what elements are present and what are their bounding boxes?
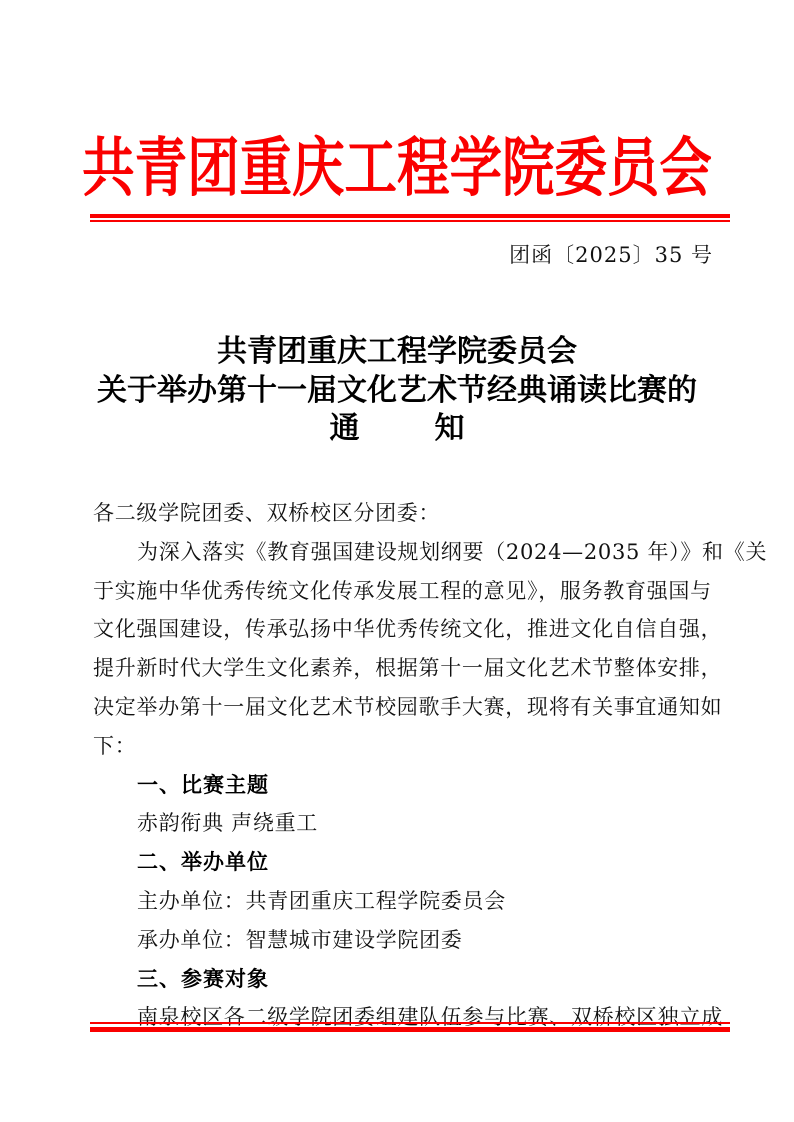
body-line: 于实施中华优秀传统文化传承发展工程的意见》，服务教育强国与 [93, 572, 705, 611]
notice-title-line-3: 通 知 [0, 410, 794, 449]
footer-red-separator [90, 1022, 730, 1032]
salutation: 各二级学院团委、双桥校区分团委： [93, 494, 705, 533]
section-heading-1: 一、比赛主题 [93, 766, 705, 805]
letterhead-org-name: 共青团重庆工程学院委员会 [71, 123, 722, 215]
section-heading-2: 二、举办单位 [93, 843, 705, 882]
document-page: 共青团重庆工程学院委员会 团函〔2025〕35 号 共青团重庆工程学院委员会 关… [0, 0, 794, 1122]
body-line: 决定举办第十一届文化艺术节校园歌手大赛，现将有关事宜通知如 [93, 688, 705, 727]
section-2-line: 主办单位：共青团重庆工程学院委员会 [93, 882, 705, 921]
body-line: 为深入落实《教育强国建设规划纲要（2024—2035 年）》和《关 [93, 533, 705, 572]
body-line: 下： [93, 727, 705, 766]
notice-word-1: 通 [330, 410, 360, 449]
body-line: 文化强国建设，传承弘扬中华优秀传统文化，推进文化自信自强， [93, 610, 705, 649]
section-1-line: 赤韵衔典 声绕重工 [93, 804, 705, 843]
notice-word-2: 知 [435, 410, 465, 449]
notice-title-line-1: 共青团重庆工程学院委员会 [0, 333, 794, 372]
document-body: 各二级学院团委、双桥校区分团委： 为深入落实《教育强国建设规划纲要（2024—2… [93, 494, 705, 1037]
section-2-line: 承办单位：智慧城市建设学院团委 [93, 921, 705, 960]
document-number: 团函〔2025〕35 号 [509, 239, 713, 269]
header-red-separator [90, 214, 730, 222]
notice-title-line-2: 关于举办第十一届文化艺术节经典诵读比赛的 [0, 372, 794, 411]
header-separator-thin-line [90, 220, 730, 222]
section-heading-3: 三、参赛对象 [93, 960, 705, 999]
body-line: 提升新时代大学生文化素养，根据第十一届文化艺术节整体安排， [93, 649, 705, 688]
notice-title: 共青团重庆工程学院委员会 关于举办第十一届文化艺术节经典诵读比赛的 通 知 [0, 333, 794, 449]
footer-separator-thick-line [90, 1027, 730, 1032]
